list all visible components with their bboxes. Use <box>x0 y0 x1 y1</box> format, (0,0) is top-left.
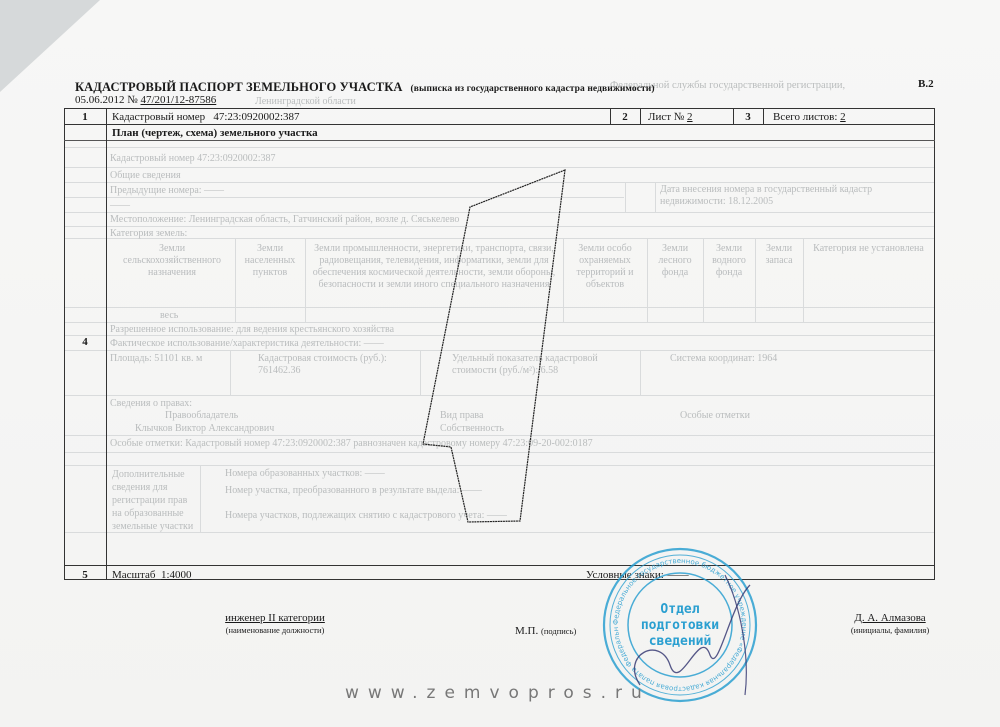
position-signature: инженер II категории (наименование должн… <box>195 612 355 636</box>
watermark: www.zemvopros.ru <box>345 683 651 703</box>
row-5-number: 5 <box>64 569 106 581</box>
official-stamp: Федеральное государственное бюджетное уч… <box>600 545 760 705</box>
document-page: Федеральной службы государственной регис… <box>0 0 1000 727</box>
svg-text:подготовки: подготовки <box>641 618 719 633</box>
position-title: инженер II категории <box>225 612 325 624</box>
signer-name: Д. А. Алмазова <box>854 612 925 624</box>
name-signature: Д. А. Алмазова (инициалы, фамилия) <box>840 612 940 636</box>
svg-text:Отдел: Отдел <box>660 602 699 617</box>
scale-value: 1:4000 <box>161 569 192 581</box>
scale-field: Масштаб 1:4000 <box>112 569 192 581</box>
svg-text:сведений: сведений <box>649 634 712 649</box>
seal-signature: М.П. (подпись) <box>515 625 576 637</box>
